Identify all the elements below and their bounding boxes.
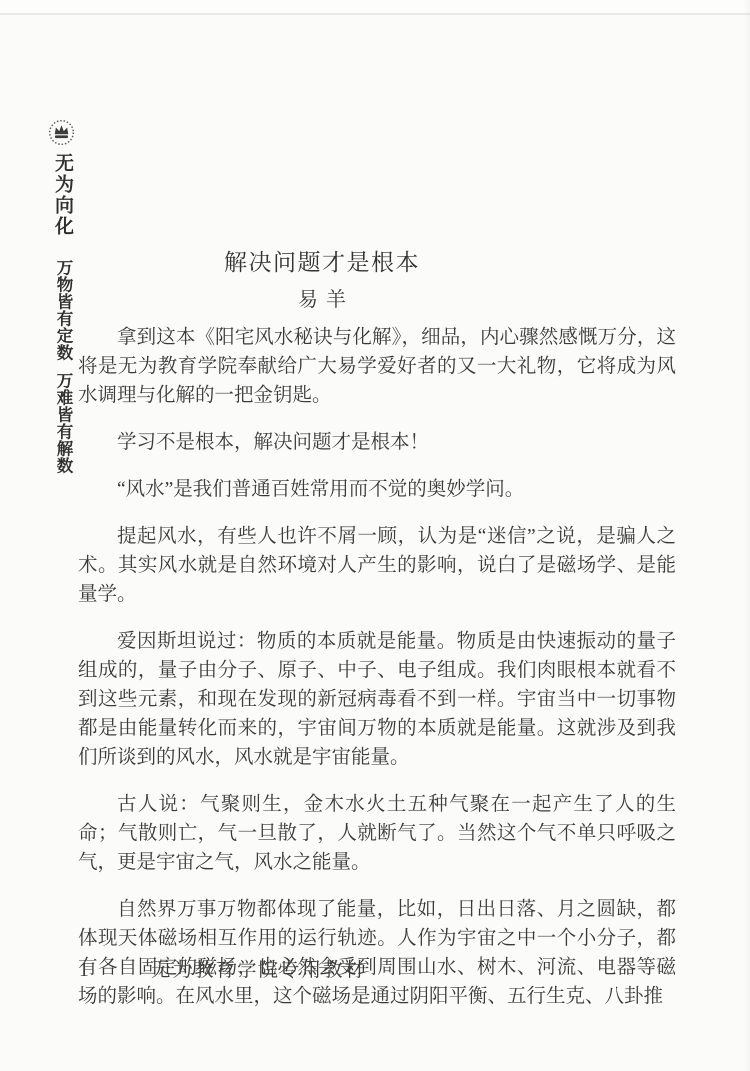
sidebar-motto-secondary: 万物皆有定数 [51, 259, 75, 361]
paragraph: 拿到这本《阳宅风水秘诀与化解》，细品，内心骤然感慨万分，这将是无为教育学院奉献给… [78, 323, 676, 410]
paragraph: 提起风水，有些人也许不屑一顾，认为是“迷信”之说，是骗人之术。其实风水就是自然环… [78, 522, 676, 609]
scanned-page: 无为向化 万物皆有定数 万难皆有解数 解决问题才是根本 易羊 拿到这本《阳宅风水… [0, 0, 750, 1071]
page-footer: 1 无为教育学院专用教材 [79, 954, 677, 982]
article-author: 易羊 [78, 283, 566, 312]
paragraph: “风水”是我们普通百姓常用而不觉的奥妙学问。 [78, 475, 676, 504]
sidebar-motto-tertiary: 万难皆有解数 [51, 372, 75, 474]
paragraph: 爱因斯坦说过：物质的本质就是能量。物质是由快速振动的量子组成的，量子由分子、原子… [78, 627, 676, 772]
paragraph: 古人说：气聚则生，金木水火土五种气聚在一起产生了人的生命；气散则亡，气一旦散了，… [78, 790, 676, 877]
sidebar-motto-primary: 无为向化 [49, 153, 76, 237]
scan-top-edge-line [0, 13, 750, 15]
article-body: 拿到这本《阳宅风水秘诀与化解》，细品，内心骤然感慨万分，这将是无为教育学院奉献给… [78, 323, 676, 1029]
scan-right-edge-shadow [744, 0, 750, 1071]
page-number: 1 [79, 960, 91, 982]
paragraph: 自然界万事万物都体现了能量，比如，日出日落、月之圆缺，都体现天体磁场相互作用的运… [78, 895, 676, 1011]
footer-imprint: 无为教育学院专用教材 [151, 954, 366, 982]
scan-top-margin [0, 0, 750, 13]
paragraph: 学习不是根本，解决问题才是根本！ [78, 428, 676, 457]
article-title: 解决问题才是根本 [78, 244, 566, 277]
crown-wreath-logo-icon [48, 119, 75, 146]
